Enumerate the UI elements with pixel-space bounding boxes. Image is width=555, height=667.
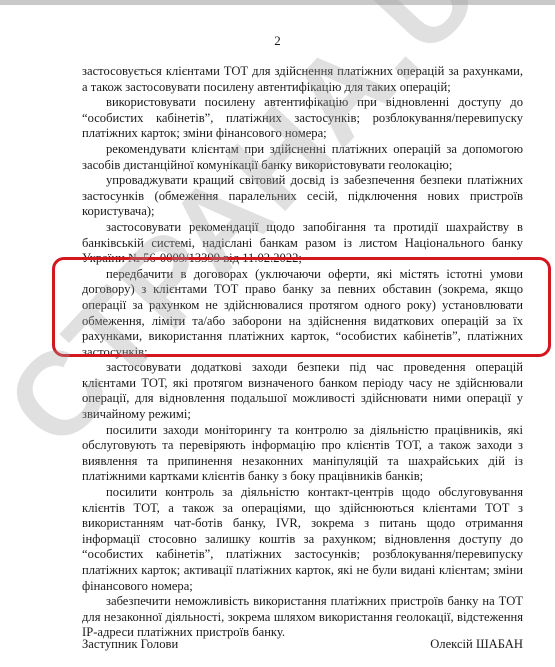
- page-number: 2: [0, 33, 555, 49]
- paragraph: упроваджувати кращий світовий досвід із …: [82, 173, 523, 220]
- paragraph: рекомендувати клієнтам при здійсненні пл…: [82, 142, 523, 173]
- paragraph: використовувати посилену автентифікацію …: [82, 95, 523, 142]
- signatory-name: Олексій ШАБАН: [430, 637, 523, 652]
- paragraph: забезпечити неможливість використання пл…: [82, 594, 523, 641]
- paragraph: посилити заходи моніторингу та контролю …: [82, 423, 523, 485]
- paragraph: застосовувати рекомендації щодо запобіга…: [82, 220, 523, 267]
- signatory-position: Заступник Голови: [82, 637, 178, 652]
- signature-block: Заступник Голови Олексій ШАБАН: [82, 637, 523, 652]
- top-border: [0, 0, 555, 5]
- document-body: застосовується клієнтами ТОТ для здійсне…: [82, 64, 523, 641]
- paragraph: застосовувати додаткові заходи безпеки п…: [82, 360, 523, 422]
- highlighted-paragraph: передбачити в договорах (уключаючи оферт…: [82, 267, 523, 361]
- paragraph: посилити контроль за діяльністю контакт-…: [82, 485, 523, 594]
- paragraph: застосовується клієнтами ТОТ для здійсне…: [82, 64, 523, 95]
